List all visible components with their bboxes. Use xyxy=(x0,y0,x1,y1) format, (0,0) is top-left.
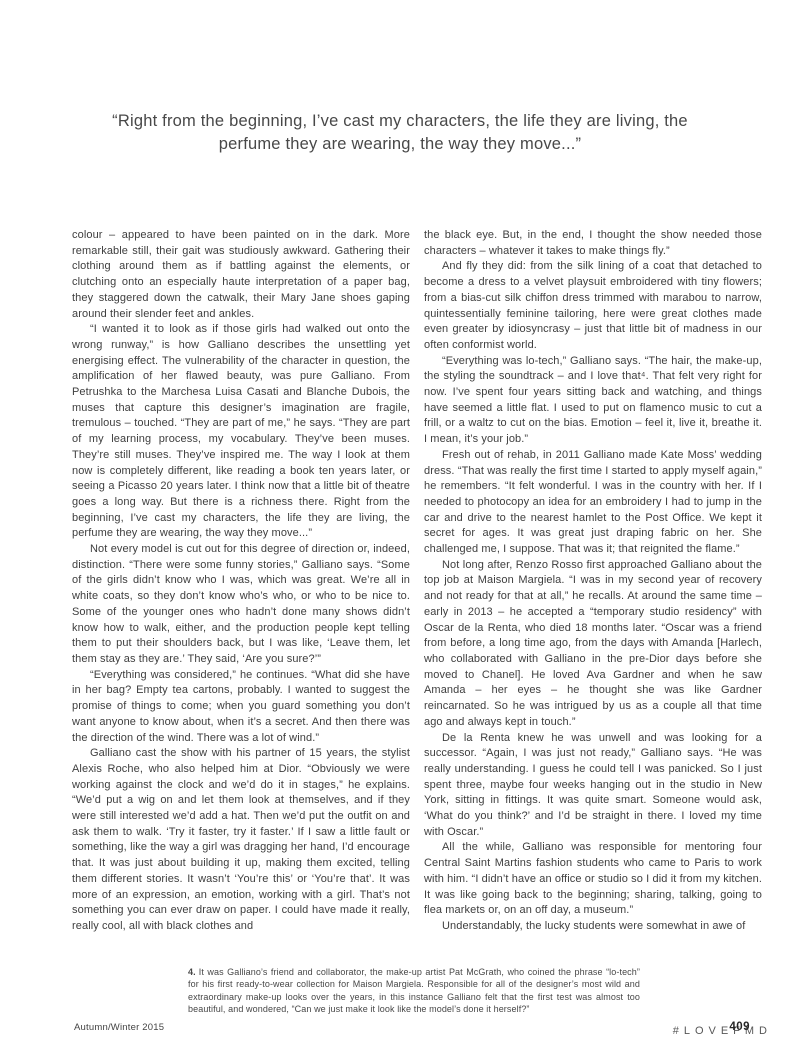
magazine-hashtag-watermark: #LOVEFMD xyxy=(673,1025,772,1037)
paragraph: “Everything was lo-tech,” Galliano says.… xyxy=(424,354,762,448)
paragraph: Not long after, Renzo Rosso first approa… xyxy=(424,558,762,731)
article-body: colour – appeared to have been painted o… xyxy=(72,228,762,935)
paragraph: All the while, Galliano was responsible … xyxy=(424,840,762,919)
paragraph: colour – appeared to have been painted o… xyxy=(72,228,410,322)
page-number: 409 xyxy=(729,1021,750,1033)
pull-quote: “Right from the beginning, I’ve cast my … xyxy=(100,110,700,156)
footnote-marker: 4. xyxy=(188,967,196,977)
paragraph: “Everything was considered,” he continue… xyxy=(72,668,410,747)
paragraph: Galliano cast the show with his partner … xyxy=(72,746,410,934)
issue-date: Autumn/Winter 2015 xyxy=(74,1022,164,1033)
footer-right: #LOVEFMD 409 xyxy=(673,1021,772,1037)
magazine-page: “Right from the beginning, I’ve cast my … xyxy=(0,0,800,1055)
footnote-text: It was Galliano’s friend and collaborato… xyxy=(188,967,640,1014)
paragraph: And fly they did: from the silk lining o… xyxy=(424,259,762,353)
right-column: the black eye. But, in the end, I though… xyxy=(424,228,762,935)
paragraph: Not every model is cut out for this degr… xyxy=(72,542,410,668)
footnote: 4.It was Galliano’s friend and collabora… xyxy=(188,966,640,1016)
left-column: colour – appeared to have been painted o… xyxy=(72,228,410,935)
paragraph: Understandably, the lucky students were … xyxy=(424,919,762,935)
paragraph: De la Renta knew he was unwell and was l… xyxy=(424,731,762,841)
paragraph: “I wanted it to look as if those girls h… xyxy=(72,322,410,542)
paragraph: the black eye. But, in the end, I though… xyxy=(424,228,762,259)
paragraph: Fresh out of rehab, in 2011 Galliano mad… xyxy=(424,448,762,558)
